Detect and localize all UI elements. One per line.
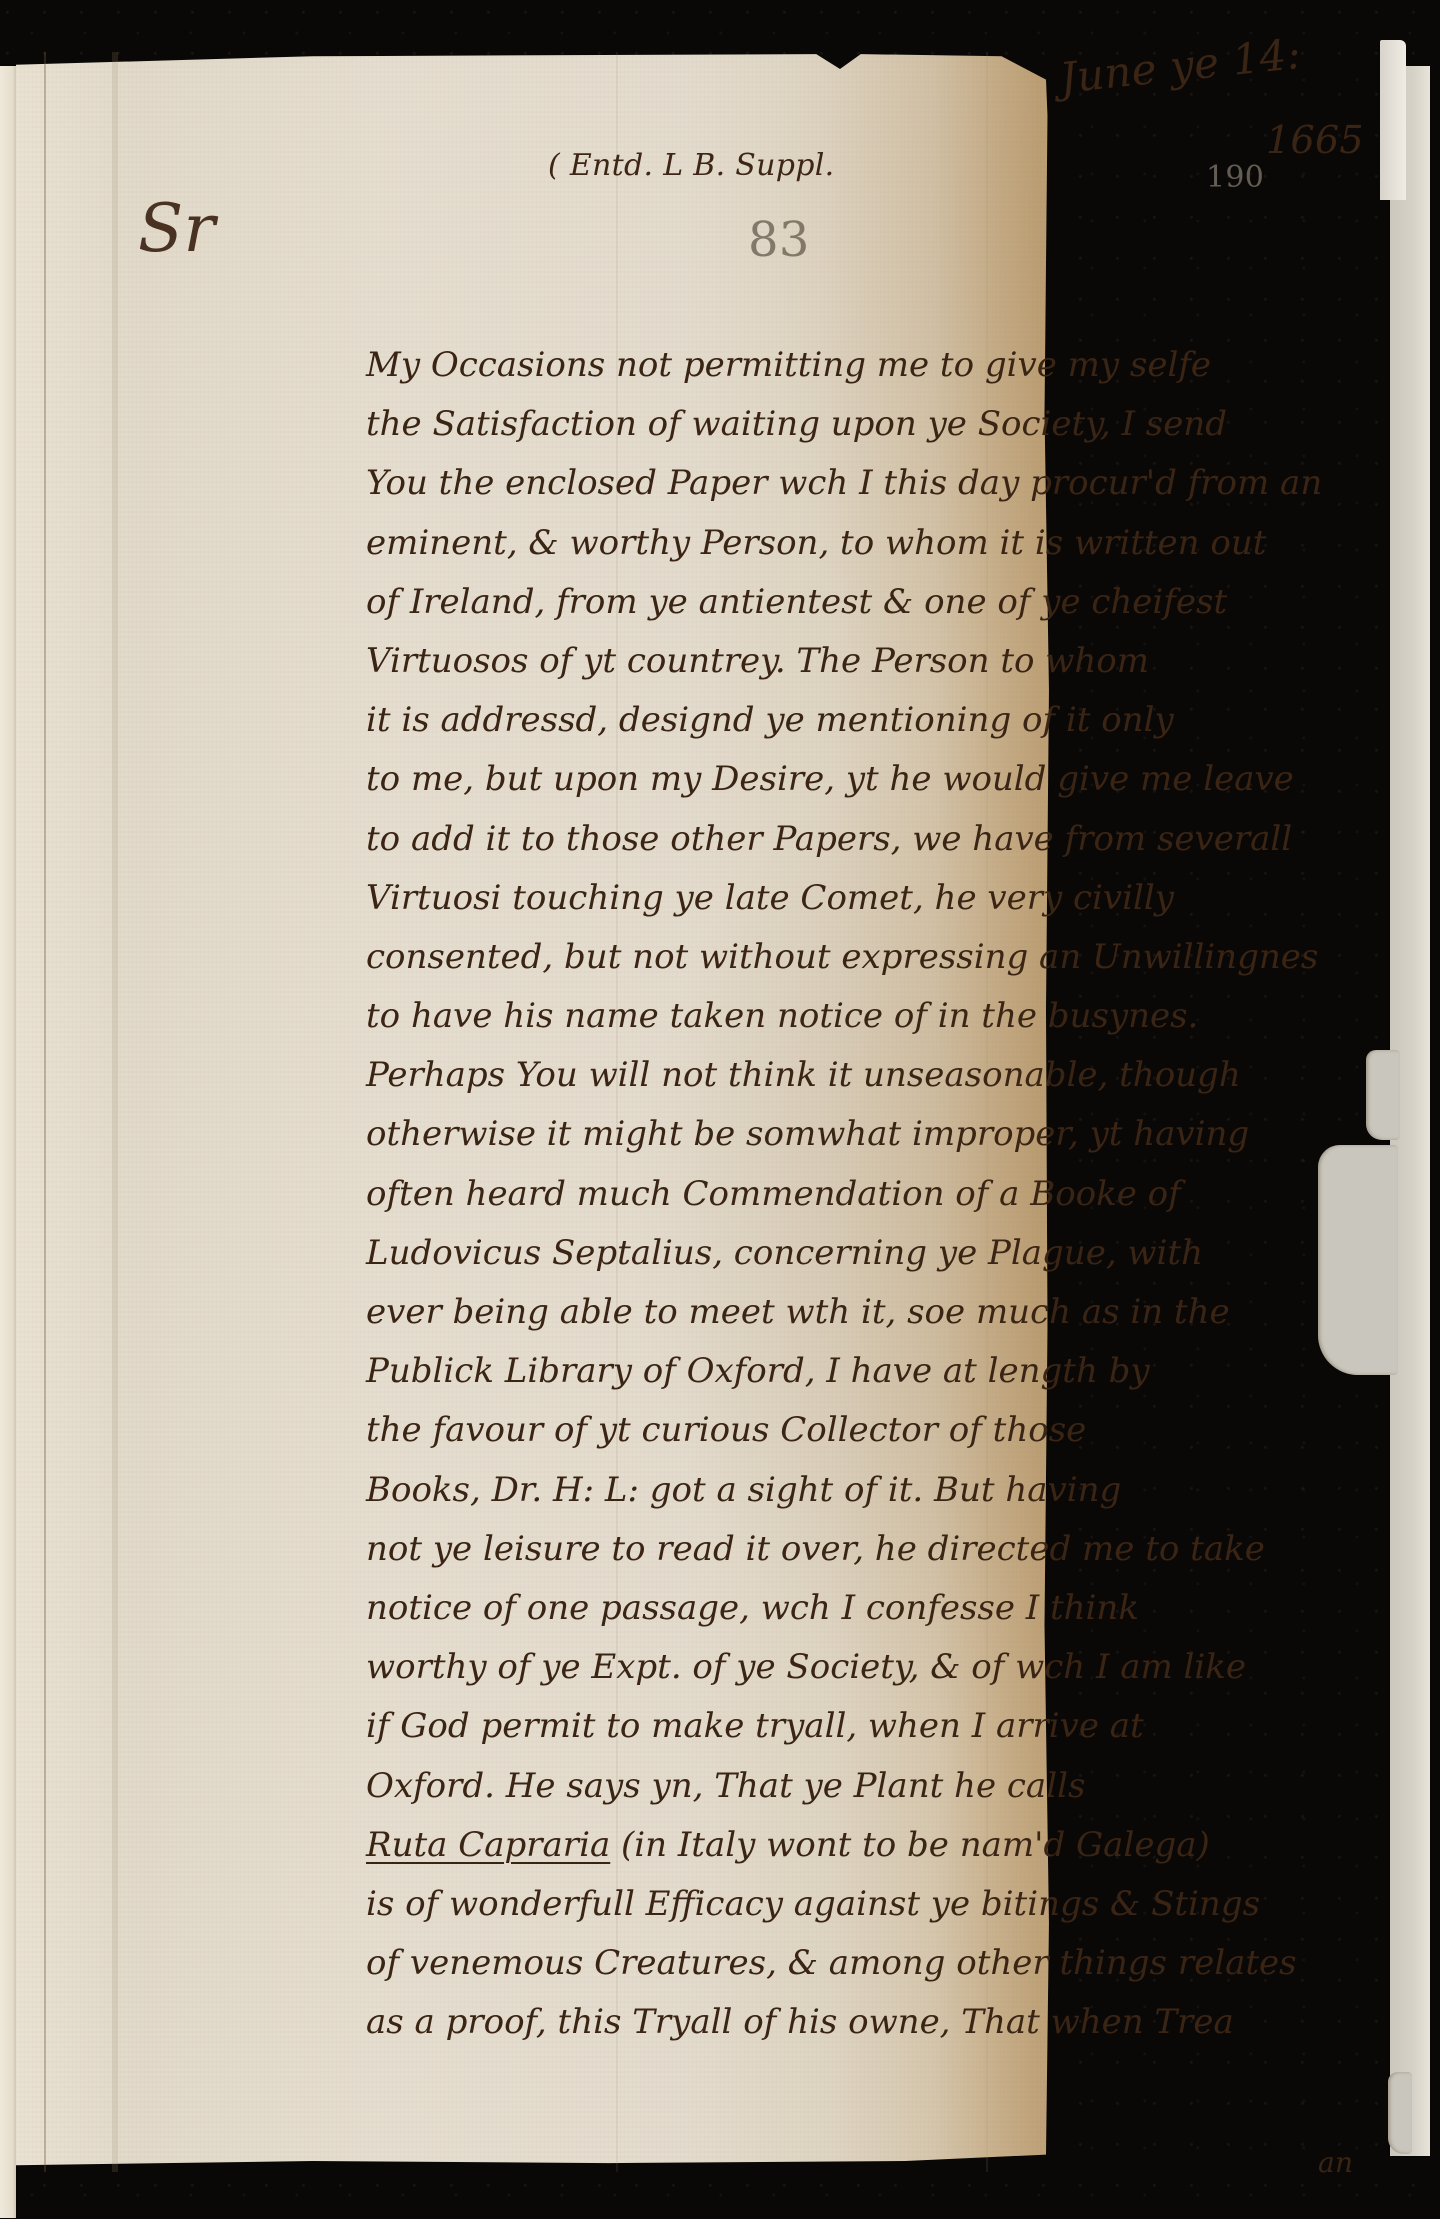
- letter-line: Perhaps You will not think it unseasonab…: [366, 1046, 1396, 1105]
- docket-note: ( Entd. L B. Suppl.: [548, 148, 834, 183]
- catchword: an: [1318, 2146, 1353, 2179]
- letter-line: You the enclosed Paper wch I this day pr…: [366, 454, 1396, 513]
- letter-line-rest: (in Italy wont to be nam'd Galega): [610, 1825, 1210, 1865]
- letter-line: it is addressd, designd ye mentioning of…: [366, 691, 1396, 750]
- letter-line: Oxford. He says yn, That ye Plant he cal…: [366, 1757, 1396, 1816]
- pencil-archive-mark: 190: [1206, 160, 1264, 195]
- letter-line: often heard much Commendation of a Booke…: [366, 1165, 1396, 1224]
- letter-line: Virtuosi touching ye late Comet, he very…: [366, 869, 1396, 928]
- letter-body: My Occasions not permitting me to give m…: [366, 336, 1396, 2052]
- letter-line: if God permit to make tryall, when I arr…: [366, 1697, 1396, 1756]
- letter-line: the favour of yt curious Collector of th…: [366, 1401, 1396, 1460]
- letter-line: notice of one passage, wch I confesse I …: [366, 1579, 1396, 1638]
- salutation: Sr: [138, 190, 215, 267]
- letter-line: otherwise it might be somwhat improper, …: [366, 1105, 1396, 1164]
- letter-line: Ludovicus Septalius, concerning ye Plagu…: [366, 1224, 1396, 1283]
- letter-line-underlined: Ruta Capraria (in Italy wont to be nam'd…: [366, 1816, 1396, 1875]
- letter-line: to have his name taken notice of in the …: [366, 987, 1396, 1046]
- facing-page-edge: [0, 66, 16, 2218]
- letter-line: as a proof, this Tryall of his owne, Tha…: [366, 1993, 1396, 2052]
- gutter-shadow: [112, 52, 118, 2172]
- letter-line: worthy of ye Expt. of ye Society, & of w…: [366, 1638, 1396, 1697]
- date-year: 1665: [1266, 118, 1364, 162]
- letter-line: to me, but upon my Desire, yt he would g…: [366, 750, 1396, 809]
- letter-line: to add it to those other Papers, we have…: [366, 810, 1396, 869]
- corner-curl: [1380, 40, 1406, 200]
- binding-edge-line: [44, 52, 46, 2172]
- letter-line: of venemous Creatures, & among other thi…: [366, 1934, 1396, 1993]
- letter-line: consented, but not without expressing an…: [366, 928, 1396, 987]
- underlined-plant-name: Ruta Capraria: [366, 1825, 610, 1865]
- letter-line: Virtuosos of yt countrey. The Person to …: [366, 632, 1396, 691]
- letter-line: Books, Dr. H: L: got a sight of it. But …: [366, 1461, 1396, 1520]
- torn-edge-repair: [1388, 2072, 1412, 2154]
- folio-number: 83: [748, 212, 810, 268]
- letter-line: ever being able to meet wth it, soe much…: [366, 1283, 1396, 1342]
- letter-line: eminent, & worthy Person, to whom it is …: [366, 514, 1396, 573]
- letter-line: of Ireland, from ye antientest & one of …: [366, 573, 1396, 632]
- letter-line: is of wonderfull Efficacy against ye bit…: [366, 1875, 1396, 1934]
- letter-line: the Satisfaction of waiting upon ye Soci…: [366, 395, 1396, 454]
- letter-line: Publick Library of Oxford, I have at len…: [366, 1342, 1396, 1401]
- letter-line: My Occasions not permitting me to give m…: [366, 336, 1396, 395]
- letter-line: not ye leisure to read it over, he direc…: [366, 1520, 1396, 1579]
